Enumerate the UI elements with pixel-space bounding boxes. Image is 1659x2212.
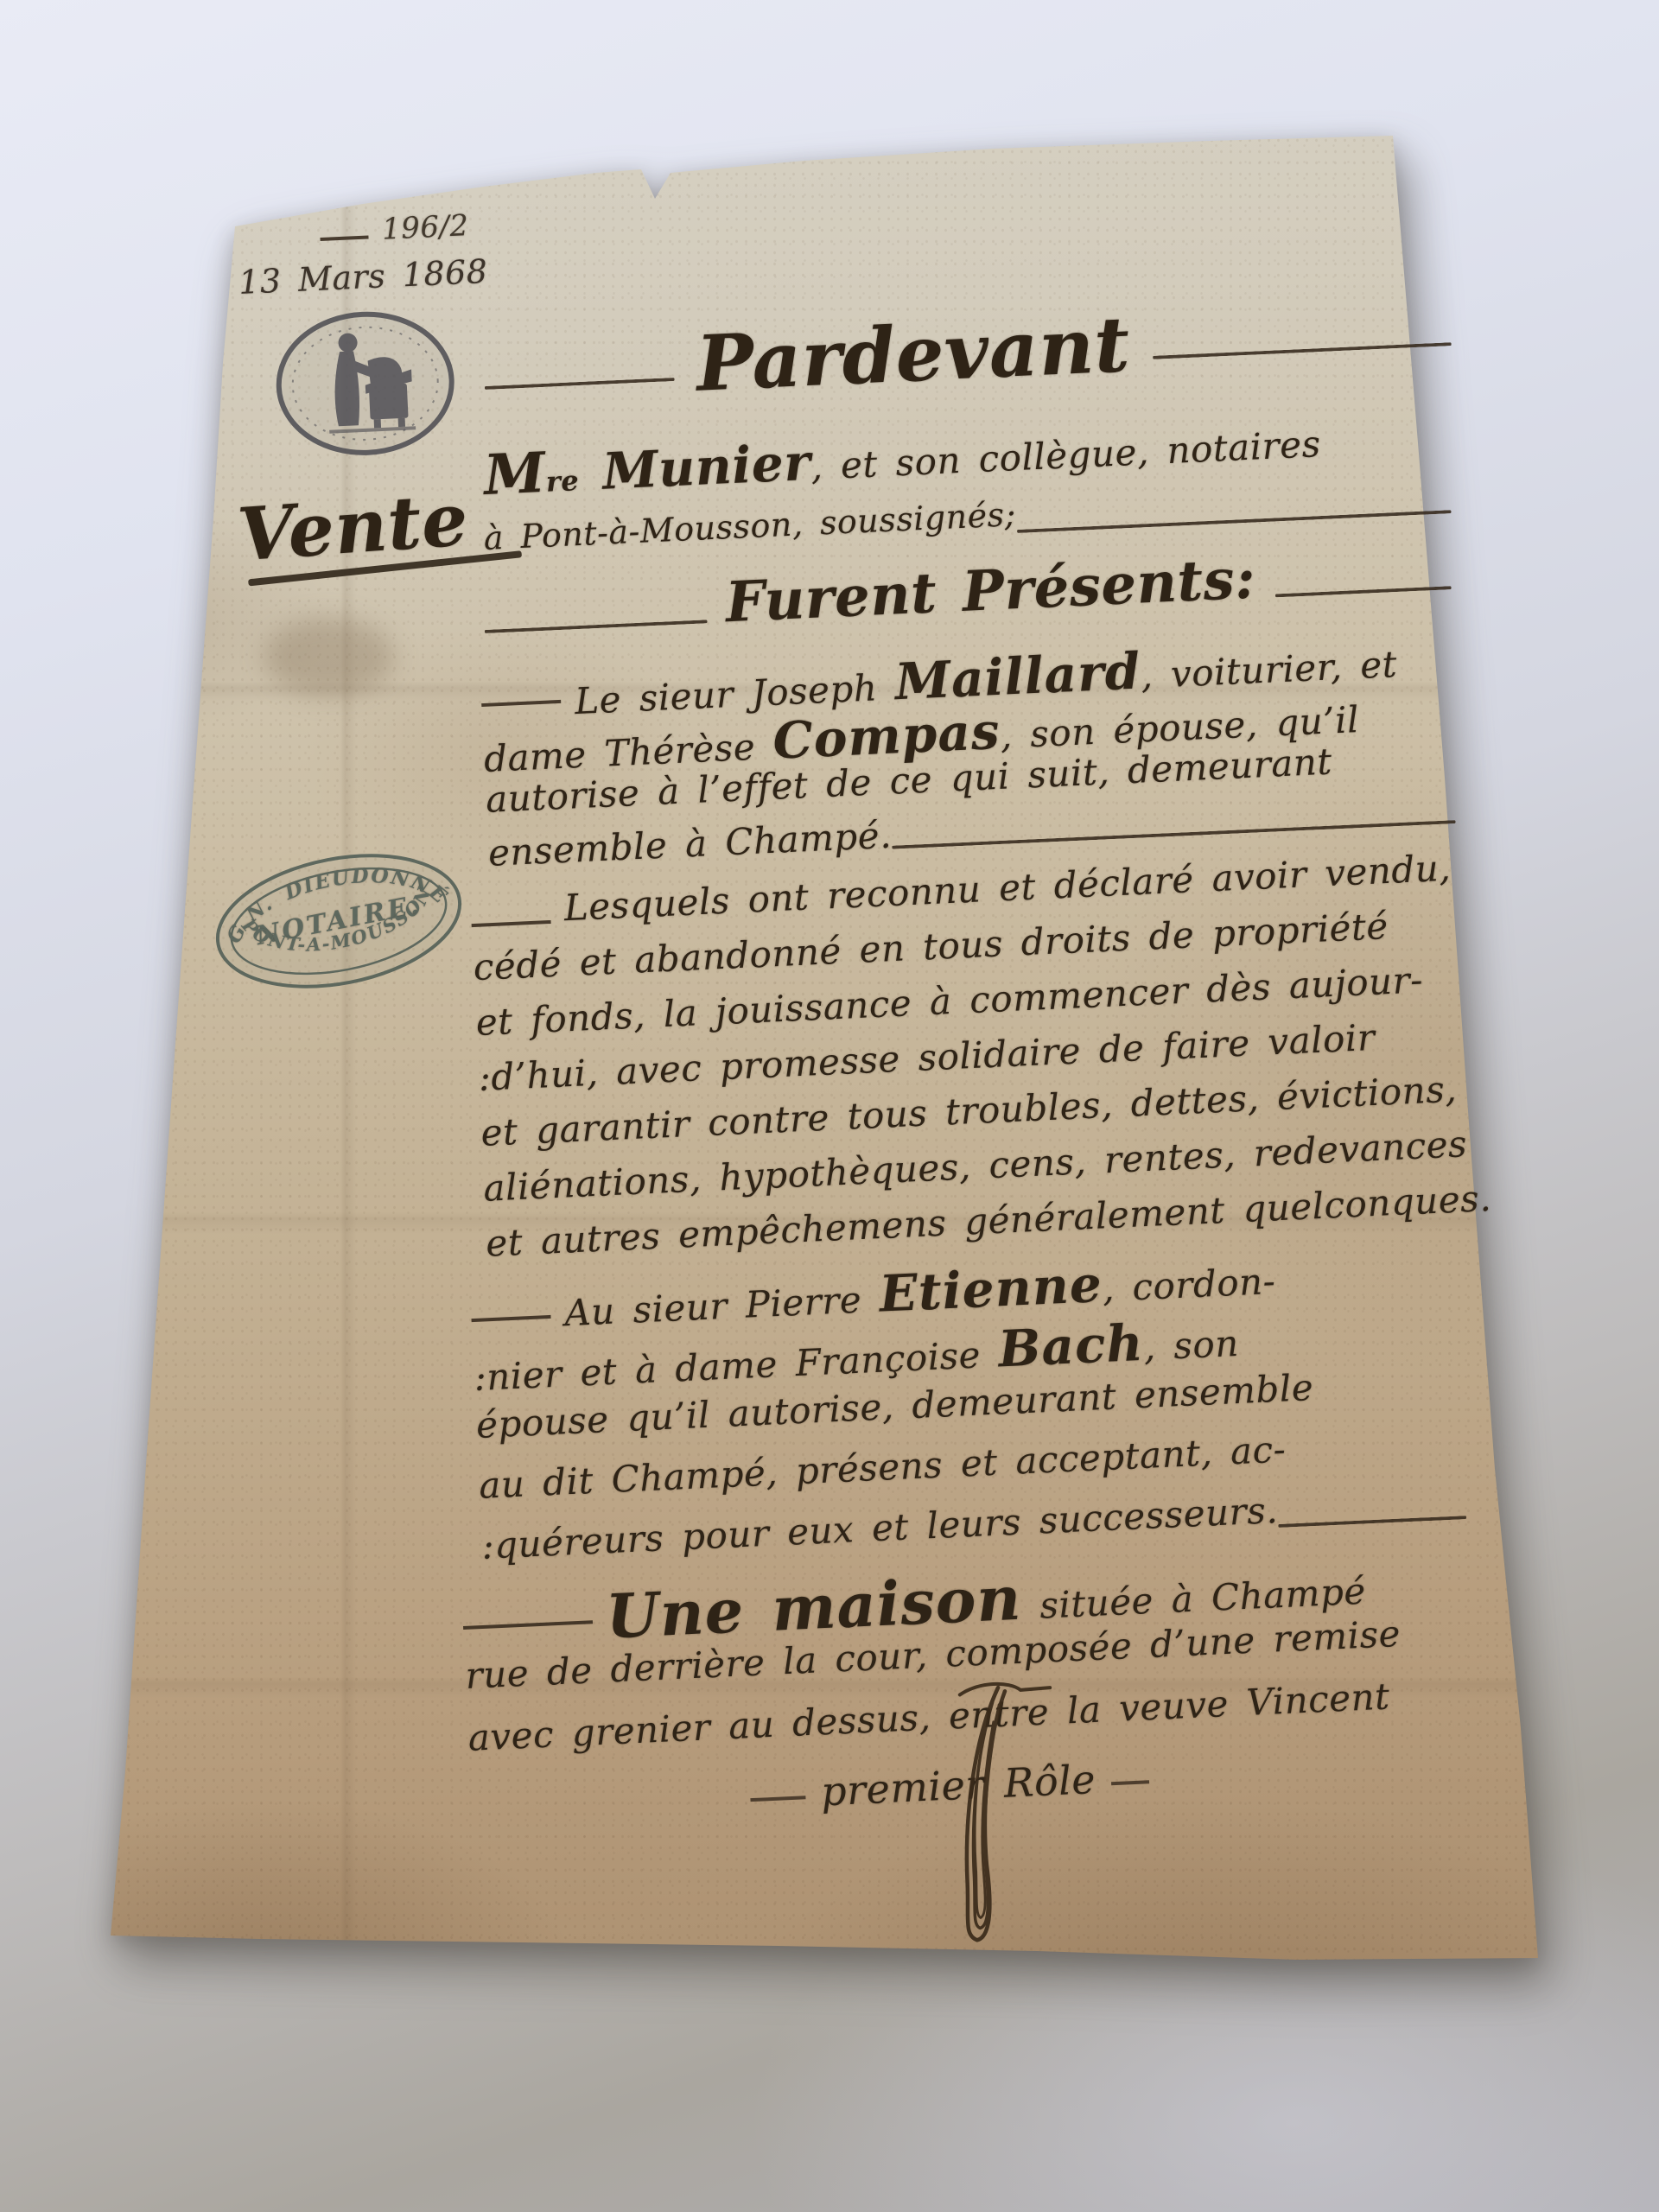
paragraph-sellers: Le sieur Joseph Maillard, voiturier, et … xyxy=(480,627,1457,886)
ink-rule xyxy=(1017,510,1452,533)
p3-l2-name: Bach xyxy=(997,1313,1145,1379)
ink-rule xyxy=(481,700,561,707)
paragraph-buyers: Au sieur Pierre Etienne, cordon- :nier e… xyxy=(470,1238,1468,1585)
ink-rule xyxy=(1275,586,1452,597)
paragraph-declaration: Lesquels ont reconnu et déclaré avoir ve… xyxy=(470,847,1461,1278)
ink-rule xyxy=(472,920,551,927)
ink-rule xyxy=(1279,1516,1467,1528)
ink-rule xyxy=(320,235,368,241)
notary-rest: , et son collègue, notaires xyxy=(810,423,1321,488)
doc-date-row: 13 Mars 1868 xyxy=(238,247,602,302)
p1-l1-name: Maillard xyxy=(893,641,1141,711)
p3-l1-pre: Au sieur Pierre xyxy=(563,1278,880,1335)
p3-l1-name: Etienne xyxy=(878,1255,1103,1324)
timbre-imperial-seal-icon xyxy=(264,300,467,467)
doc-number: 196/2 xyxy=(381,208,469,247)
notary-name: Munier xyxy=(577,433,812,502)
ink-rule xyxy=(485,378,675,390)
ink-rule xyxy=(750,1796,805,1802)
photo-of-notarial-deed: 196/2 13 Mars 1868 Vente xyxy=(0,0,1659,2212)
p3-l2-post: , son xyxy=(1142,1322,1239,1369)
ink-rule xyxy=(892,820,1455,849)
ink-rule xyxy=(1111,1780,1149,1785)
paper-stain xyxy=(264,618,394,696)
notary-stamp: G.N. DIEUDONNÉ NOTAIRE. PONT-A-MOUSSON xyxy=(199,829,480,1013)
signature-paraph-icon xyxy=(927,1678,1066,1950)
document-content: 196/2 13 Mars 1868 Vente xyxy=(216,212,1564,2026)
ink-rule xyxy=(472,1315,551,1322)
act-heading: Pardevant xyxy=(672,298,1154,410)
ink-rule xyxy=(463,1620,593,1630)
ink-rule xyxy=(1153,342,1452,359)
notary-superscript: re xyxy=(545,464,580,499)
notary-initial: M xyxy=(482,441,547,508)
doc-date: 13 Mars 1868 xyxy=(238,252,488,302)
ink-rule xyxy=(485,620,708,633)
p3-l1-post: , cordon- xyxy=(1102,1260,1277,1310)
